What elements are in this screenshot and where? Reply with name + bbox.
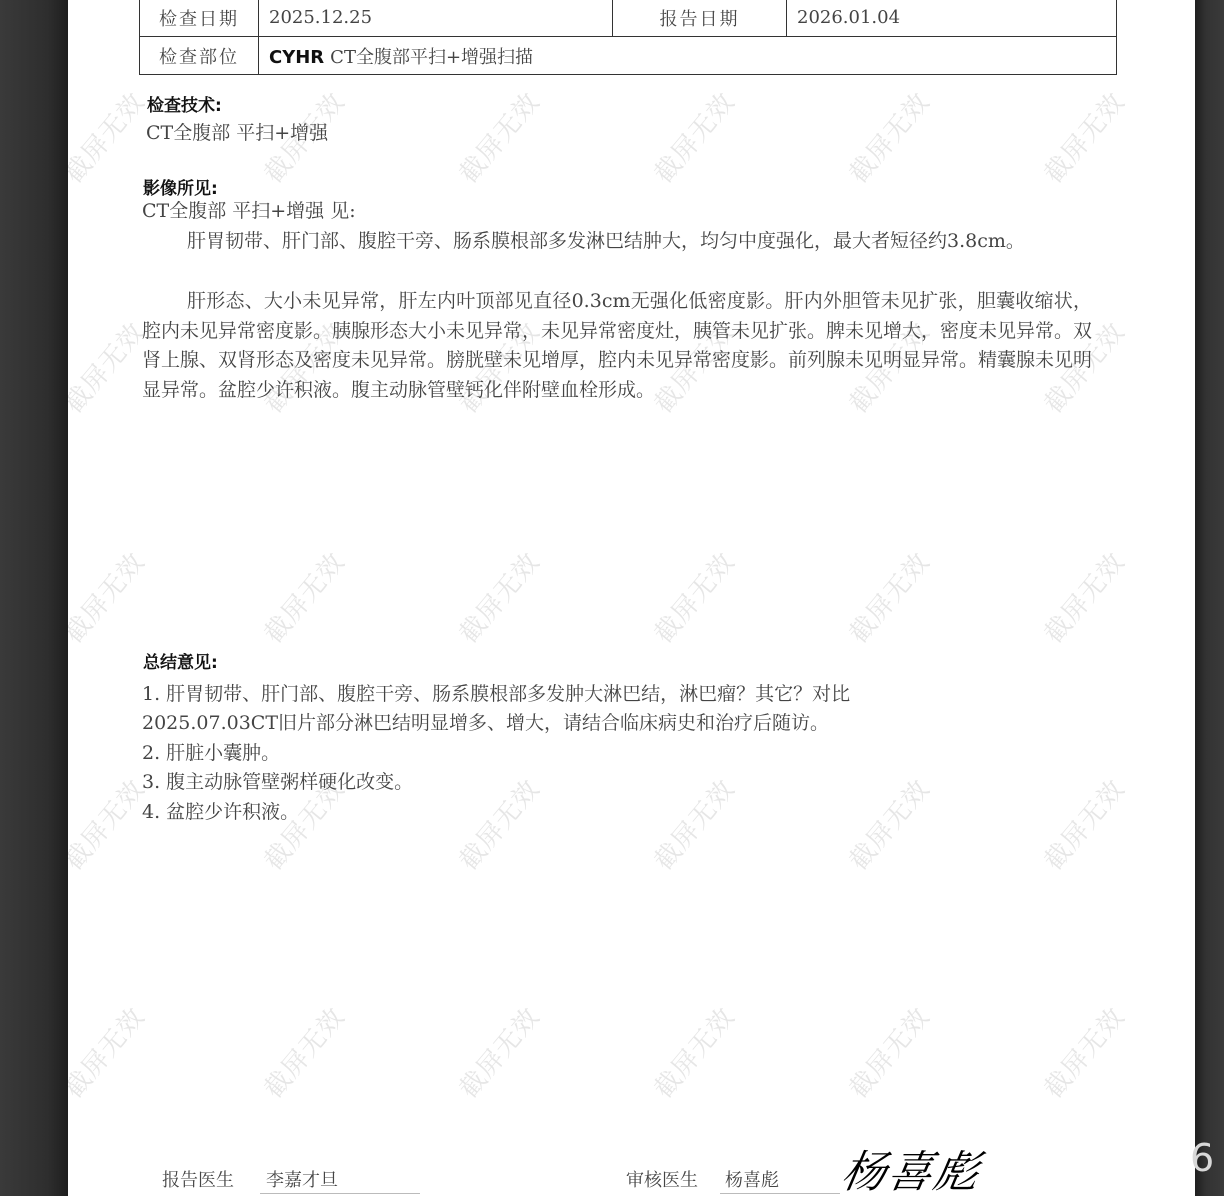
findings-intro: CT全腹部 平扫+增强 见:	[142, 197, 356, 227]
findings-paragraph-2: 肝形态、大小未见异常，肝左内叶顶部见直径0.3cm无强化低密度影。肝内外胆管未见…	[142, 287, 1092, 405]
watermark: 截屏无效	[250, 539, 355, 655]
watermark: 截屏无效	[68, 994, 156, 1110]
conclusion-item-2: 2. 肝脏小囊肿。	[142, 739, 280, 769]
watermark: 截屏无效	[640, 766, 745, 882]
findings-paragraph-1: 肝胃韧带、肝门部、腹腔干旁、肠系膜根部多发淋巴结肿大，均匀中度强化，最大者短径约…	[142, 227, 1092, 257]
watermark: 截屏无效	[640, 79, 745, 195]
reviewer-label: 审核医生	[626, 1166, 698, 1192]
watermark: 截屏无效	[445, 994, 550, 1110]
exam-site-label: 检查部位	[140, 37, 259, 75]
reviewer-name: 杨喜彪	[725, 1166, 779, 1192]
conclusion-item-4: 4. 盆腔少许积液。	[142, 798, 299, 828]
watermark: 截屏无效	[835, 766, 940, 882]
table-row: 检查部位 CYHRCT全腹部平扫+增强扫描	[140, 37, 1117, 75]
watermark: 截屏无效	[445, 766, 550, 882]
report-page: 截屏无效 截屏无效 截屏无效 截屏无效 截屏无效 截屏无效 截屏无效 截屏无效 …	[68, 0, 1195, 1196]
conclusion-item-1: 1. 肝胃韧带、肝门部、腹腔干旁、肠系膜根部多发肿大淋巴结，淋巴瘤？其它？对比	[142, 680, 850, 710]
watermark: 截屏无效	[640, 539, 745, 655]
technique-text: CT全腹部 平扫+增强	[146, 119, 328, 149]
watermark: 截屏无效	[1030, 539, 1135, 655]
exam-date-label: 检查日期	[140, 0, 259, 37]
technique-title: 检查技术:	[147, 91, 222, 116]
watermark: 截屏无效	[250, 994, 355, 1110]
exam-site-code: CYHR	[269, 47, 324, 68]
exam-date-value: 2025.12.25	[259, 0, 613, 37]
watermark: 截屏无效	[835, 79, 940, 195]
table-row: 检查日期 2025.12.25 报告日期 2026.01.04	[140, 0, 1117, 37]
watermark: 截屏无效	[1030, 994, 1135, 1110]
conclusion-item-3: 3. 腹主动脉管壁粥样硬化改变。	[142, 768, 413, 798]
exam-site-text: CT全腹部平扫+增强扫描	[330, 47, 533, 68]
watermark: 截屏无效	[445, 539, 550, 655]
reporter-underline	[260, 1193, 420, 1194]
handwritten-signature: 杨喜彪	[837, 1136, 986, 1196]
conclusion-title: 总结意见:	[143, 648, 218, 673]
report-date-label: 报告日期	[613, 0, 787, 37]
watermark: 截屏无效	[1030, 766, 1135, 882]
exam-site-value: CYHRCT全腹部平扫+增强扫描	[259, 37, 1117, 75]
overlay-digit: 6	[1190, 1136, 1214, 1180]
watermark: 截屏无效	[835, 994, 940, 1110]
report-date-value: 2026.01.04	[787, 0, 1117, 37]
watermark: 截屏无效	[835, 539, 940, 655]
viewer-right-margin	[1195, 0, 1224, 1196]
reporter-name: 李嘉才旦	[266, 1166, 338, 1192]
watermark: 截屏无效	[640, 994, 745, 1110]
watermark: 截屏无效	[445, 79, 550, 195]
viewer-left-margin	[0, 0, 68, 1196]
reporter-label: 报告医生	[162, 1166, 234, 1192]
findings-title: 影像所见:	[143, 174, 218, 199]
watermark: 截屏无效	[1030, 79, 1135, 195]
conclusion-item-1-cont: 2025.07.03CT旧片部分淋巴结明显增多、增大，请结合临床病史和治疗后随访…	[142, 709, 829, 739]
exam-info-table: 检查日期 2025.12.25 报告日期 2026.01.04 检查部位 CYH…	[139, 0, 1117, 75]
reviewer-underline	[720, 1193, 840, 1194]
watermark: 截屏无效	[68, 539, 156, 655]
